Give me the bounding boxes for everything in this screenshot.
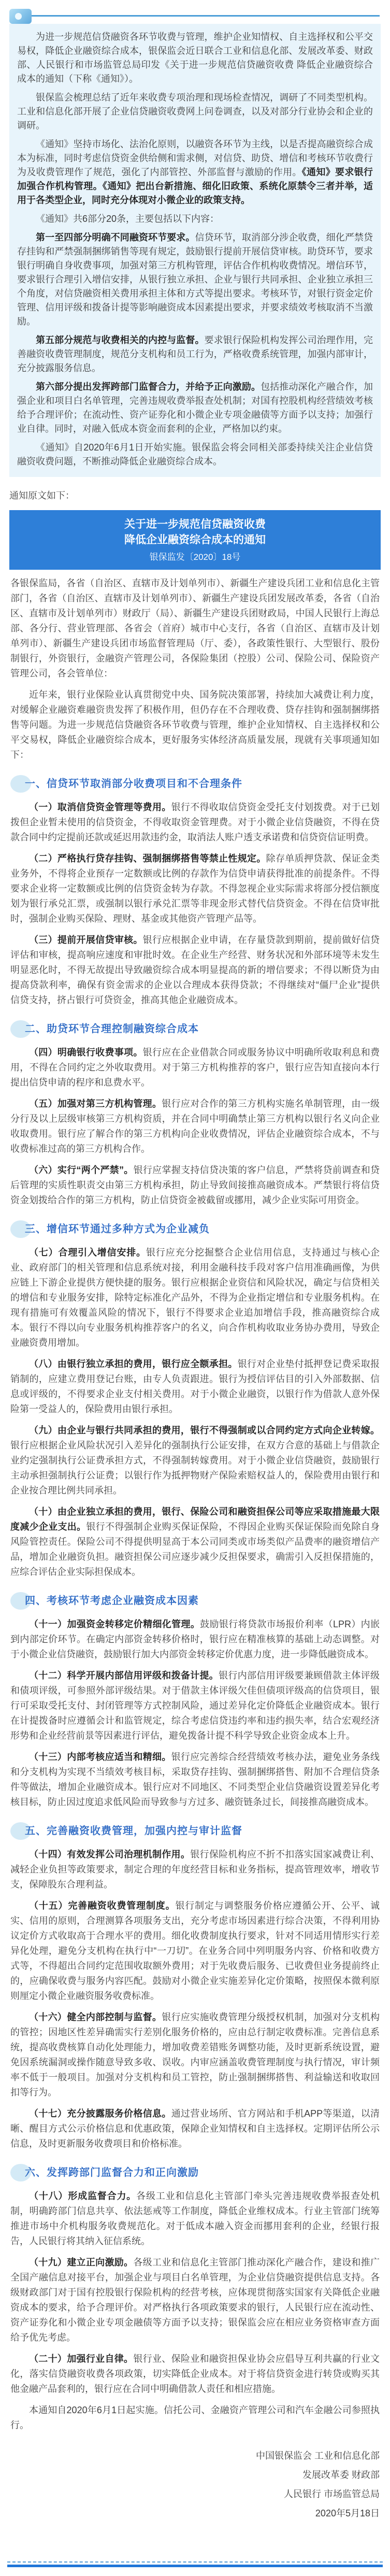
text-segment: 银行应充分挖掘整合企业信用信息，支持通过与核心企业、政府部门的相关管理和信息系统… <box>10 1247 380 1348</box>
bold-text-segment: （十二）科学开展内部信用评级和拨备计提。 <box>29 1670 219 1681</box>
top-rule-line <box>32 15 380 17</box>
footer-divider <box>7 2561 383 2567</box>
body-paragraph: （二）严格执行贷存挂钩、强制捆绑搭售等禁止性规定。除存单质押贷款、保证金类业务外… <box>10 851 380 926</box>
bold-text-segment: （八）由银行独立承担的费用，银行应全额承担。 <box>29 1359 238 1369</box>
notice-title-line1: 关于进一步规范信贷融资收费 <box>15 517 375 532</box>
section-heading: 一、信贷环节取消部分收费项目和不合理条件 <box>10 775 380 793</box>
bold-text-segment: （十一）加强资金转移定价精细化管理。 <box>29 1619 200 1629</box>
bold-text-segment: （四）明确银行收费事项。 <box>29 1047 143 1058</box>
summary-paragraph: 第六部分提出发挥跨部门监督合力，并给予正向激励。包括推动深化产融合作，加强企业和… <box>17 380 373 436</box>
signature-line: 人民银行 市场监管总局 <box>10 2485 380 2504</box>
body-paragraph: （十）由企业独立承担的费用，银行、保险公司和融资担保公司等应采取措施最大限度减少… <box>10 1504 380 1580</box>
bold-text-segment: （十七）充分披露服务价格信息。 <box>29 2108 171 2119</box>
body-paragraph: （十六）健全内部控制与监督。银行应实施收费管理分级授权机制，加强对分支机构的管控… <box>10 2010 380 2100</box>
summary-box: 为进一步规范信贷融资各环节收费与管理，维护企业知情权、自主选择权和公平交易权，降… <box>9 24 381 477</box>
text-segment: 银行应根据企业风险状况引入差异化的强制执行公证安排，在双方合意的基础上与借款企业… <box>10 1440 380 1496</box>
summary-paragraph: 《通知》自2020年6月1日开始实施。银保监会将会同相关部委持续关注企业信贷融资… <box>17 441 373 469</box>
body-paragraph: （八）由银行独立承担的费用，银行应全额承担。银行对企业垫付抵押登记费采取报销制的… <box>10 1357 380 1417</box>
section-heading-label: 二、助贷环节合理控制融资综合成本 <box>25 1023 199 1035</box>
tab-circle-icon <box>15 13 22 20</box>
summary-paragraph: 第五部分规范与收费相关的内控与监督。要求银行保险机构发挥公司治理作用，完善融资收… <box>17 333 373 375</box>
section-heading: 五、完善融资收费管理，加强内控与审计监督 <box>10 1822 380 1840</box>
body-paragraph: （九）由企业与银行共同承担的费用，银行不得强制或以合同约定方式向企业转嫁。银行应… <box>10 1423 380 1498</box>
summary-paragraph: 为进一步规范信贷融资各环节收费与管理，维护企业知情权、自主选择权和公平交易权，降… <box>17 30 373 86</box>
bold-text-segment: （六）实行“两个严禁”。 <box>29 1165 134 1175</box>
bold-text-segment: （十八）形成监督合力。 <box>29 2191 136 2201</box>
bold-text-segment: 第五部分规范与收费相关的内控与监督。 <box>36 335 205 345</box>
body-paragraph: 本通知自2020年6月1日起实施。信托公司、金融资产管理公司和汽车金融公司参照执… <box>10 2403 380 2433</box>
body-paragraph: （十七）充分披露服务价格信息。通过营业场所、官方网站和手机APP等渠道，以清晰、… <box>10 2106 380 2151</box>
text-segment: 为进一步规范信贷融资各环节收费与管理，维护企业知情权、自主选择权和公平交易权，降… <box>17 32 373 84</box>
bold-text-segment: （十四）有效发挥公司治理机制作用。 <box>29 1849 190 1860</box>
bold-text-segment: （十三）内部考核应适当和精细。 <box>29 1752 171 1762</box>
bold-text-segment: （二十）加强行业自律。 <box>29 2354 133 2364</box>
bold-text-segment: （十九）建立正向激励。 <box>29 2257 133 2268</box>
body-paragraph: （十三）内部考核应适当和精细。银行应完善综合经营绩效考核办法，避免业务条线和分支… <box>10 1750 380 1810</box>
section-heading-label: 三、增信环节通过多种方式为企业减负 <box>25 1223 210 1235</box>
top-decoration <box>9 0 381 24</box>
bold-text-segment: （七）合理引入增信安排。 <box>29 1247 146 1258</box>
text-segment: 银行应根据企业申请，在存量贷款到期前，提前做好信贷评估和审核，提高响应速度和审批… <box>10 935 380 1005</box>
body-paragraph: （十五）完善融资收费管理制度。银行制定与调整服务价格应遵循公开、公平、诚实、信用… <box>10 1898 380 2004</box>
dashed-line <box>7 2561 383 2563</box>
body-paragraph: （十四）有效发挥公司治理机制作用。银行保险机构应不折不扣落实国家减费让利、减轻企… <box>10 1847 380 1892</box>
section-heading-label: 五、完善融资收费管理，加强内控与审计监督 <box>25 1825 242 1837</box>
bold-text-segment: （十六）健全内部控制与监督。 <box>29 2012 162 2022</box>
notice-doc-number: 银保监发〔2020〕18号 <box>15 551 375 564</box>
bold-text-segment: （十五）完善融资收费管理制度。 <box>29 1901 175 1911</box>
text-segment: 《通知》自2020年6月1日开始实施。银保监会将会同相关部委持续关注企业信贷融资… <box>17 442 373 467</box>
bold-text-segment: （二）严格执行贷存挂钩、强制捆绑搭售等禁止性规定。 <box>29 853 266 864</box>
text-segment: 本通知自2020年6月1日起实施。信托公司、金融资产管理公司和汽车金融公司参照执… <box>10 2405 380 2430</box>
bold-text-segment: （九）由企业与银行共同承担的费用，银行不得强制或以合同约定方式向企业转嫁。 <box>29 1425 380 1435</box>
section-heading: 四、考核环节考虑企业融资成本因素 <box>10 1592 380 1610</box>
section-heading-label: 四、考核环节考虑企业融资成本因素 <box>25 1595 199 1607</box>
section-heading: 六、发挥跨部门监督合力和正向激励 <box>10 2164 380 2181</box>
section-heading-label: 六、发挥跨部门监督合力和正向激励 <box>25 2167 199 2178</box>
bold-text-segment: （五）加强对第三方机构管理。 <box>29 1099 162 1109</box>
summary-paragraph: 第一至四部分明确不同融资环节要求。信贷环节，取消部分涉企收费，细化严禁贷存挂钩和… <box>17 231 373 329</box>
text-segment: 银保监会梳理总结了近年来收费专项治理和现场检查情况，调研了不同类型机构。工业和信… <box>17 92 373 131</box>
text-segment: 银行内部信用评级要兼顾借款主体评级和债项评级，可参照外部评级结果。对于借款主体评… <box>10 1670 380 1741</box>
bold-text-segment: 第一至四部分明确不同融资环节要求。 <box>36 232 195 243</box>
body-paragraph: （三）提前开展信贷审核。银行应根据企业申请，在存量贷款到期前，提前做好信贷评估和… <box>10 933 380 1008</box>
text-segment: 各银保监局，各省（自治区、直辖市及计划单列市）、新疆生产建设兵团工业和信息化主管… <box>10 578 380 679</box>
text-segment: 《通知》共6部分20条，主要包括以下内容： <box>36 214 219 224</box>
text-segment: 除存单质押贷款、保证金类业务外，不得将企业预存一定数额或比例的存款作为信贷申请获… <box>10 853 380 924</box>
text-segment: 各级工业和信息化主管部门推动深化产融合作，建设和推广全国产融信息对接平台，加强企… <box>10 2257 380 2343</box>
signature-line: 2020年5月18日 <box>10 2504 380 2523</box>
section-heading: 二、助贷环节合理控制融资综合成本 <box>10 1020 380 1038</box>
article-page: 为进一步规范信贷融资各环节收费与管理，维护企业知情权、自主选择权和公平交易权，降… <box>0 0 390 2576</box>
section-heading: 三、增信环节通过多种方式为企业减负 <box>10 1220 380 1238</box>
bold-text-segment: （一）取消信贷资金管理等费用。 <box>29 802 171 812</box>
bold-text-segment: （三）提前开展信贷审核。 <box>29 935 143 945</box>
notice-title-line2: 降低企业融资综合成本的通知 <box>15 532 375 548</box>
section-heading-label: 一、信贷环节取消部分收费项目和不合理条件 <box>25 778 242 790</box>
body-paragraph: （二十）加强行业自律。银行业、保险业和融资担保业协会应倡导互利共赢的行业文化，落… <box>10 2352 380 2397</box>
text-segment: 银行应实施收费管理分级授权机制，加强对分支机构的管控；因地区性差异确需实行差别化… <box>10 2012 380 2098</box>
summary-paragraph: 《通知》共6部分20条，主要包括以下内容： <box>17 212 373 226</box>
body-paragraph: （七）合理引入增信安排。银行应充分挖掘整合企业信用信息，支持通过与核心企业、政府… <box>10 1245 380 1350</box>
text-segment: 近年来，银行业保险业认真贯彻党中央、国务院决策部署，持续加大减费让利力度，对缓解… <box>10 689 380 760</box>
notice-body: 各银保监局，各省（自治区、直辖市及计划单列市）、新疆生产建设兵团工业和信息化主管… <box>10 576 380 2433</box>
signature-line: 发展改革委 财政部 <box>10 2466 380 2485</box>
body-paragraph: 各银保监局，各省（自治区、直辖市及计划单列市）、新疆生产建设兵团工业和信息化主管… <box>10 576 380 681</box>
blue-tab-icon <box>9 9 32 24</box>
notice-title-box: 关于进一步规范信贷融资收费 降低企业融资综合成本的通知 银保监发〔2020〕18… <box>9 510 381 570</box>
solid-line <box>7 2565 383 2567</box>
body-paragraph: （五）加强对第三方机构管理。银行应对合作的第三方机构实施名单制管理，由一级分行及… <box>10 1096 380 1157</box>
signature-line: 中国银保监会 工业和信息化部 <box>10 2446 380 2466</box>
summary-paragraph: 《通知》坚持市场化、法治化原则，以融资各环节为主线，以是否提高融资综合成本为标准… <box>17 137 373 207</box>
summary-paragraph: 银保监会梳理总结了近年来收费专项治理和现场检查情况，调研了不同类型机构。工业和信… <box>17 91 373 133</box>
bold-text-segment: 第六部分提出发挥跨部门监督合力，并给予正向激励。 <box>36 382 261 392</box>
body-paragraph: （四）明确银行收费事项。银行应在企业借款合同或服务协议中明确所收取利息和费用，不… <box>10 1045 380 1090</box>
original-text-label: 通知原文如下： <box>9 488 381 502</box>
signature-block: 中国银保监会 工业和信息化部发展改革委 财政部人民银行 市场监管总局2020年5… <box>10 2446 380 2523</box>
body-paragraph: （六）实行“两个严禁”。银行应掌握支持信贷决策的客户信息，严禁将贷前调查和贷后管… <box>10 1163 380 1208</box>
body-paragraph: （十一）加强资金转移定价精细化管理。鼓励银行将贷款市场报价利率（LPR）内嵌到内… <box>10 1617 380 1662</box>
body-paragraph: （一）取消信贷资金管理等费用。银行不得收取信贷资金受托支付划拨费。对于已划拨但企… <box>10 800 380 845</box>
body-paragraph: （十二）科学开展内部信用评级和拨备计提。银行内部信用评级要兼顾借款主体评级和债项… <box>10 1668 380 1743</box>
text-segment: 银行制定与调整服务价格应遵循公开、公平、诚实、信用的原则，合理测算各项服务支出，… <box>10 1901 380 2001</box>
body-paragraph: （十八）形成监督合力。各级工业和信息化主管部门牵头完善违规收费举报查处机制，明确… <box>10 2189 380 2249</box>
body-paragraph: 近年来，银行业保险业认真贯彻党中央、国务院决策部署，持续加大减费让利力度，对缓解… <box>10 687 380 763</box>
body-paragraph: （十九）建立正向激励。各级工业和信息化主管部门推动深化产融合作，建设和推广全国产… <box>10 2255 380 2345</box>
text-segment: 信贷环节，取消部分涉企收费，细化严禁贷存挂钩和严禁强制捆绑销售等现有规定，鼓励银… <box>17 232 373 327</box>
